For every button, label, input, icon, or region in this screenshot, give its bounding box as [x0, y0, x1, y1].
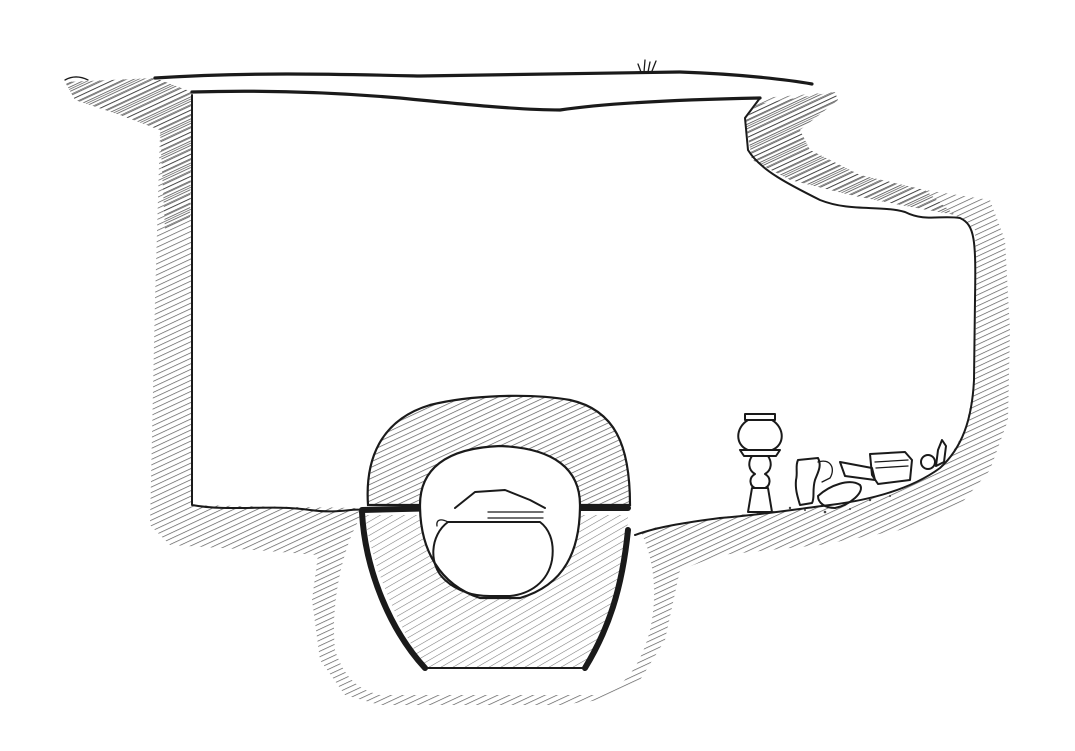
rock-left-upper-dark	[65, 78, 192, 230]
grass-tuft	[638, 60, 656, 72]
slab-edge-left	[65, 77, 88, 80]
engraving-canvas	[0, 0, 1075, 751]
tomb-section-illustration	[0, 0, 1075, 751]
